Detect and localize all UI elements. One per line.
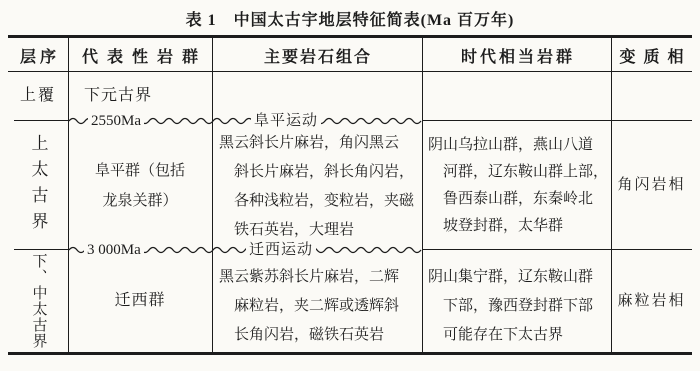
cell-sequence-upper: 上太古界 <box>8 121 68 250</box>
cell-group-upper: 阜平群（包括 龙泉关群） <box>68 121 212 250</box>
scanned-table-page: 表 1 中国太古宇地层特征简表(Ma 百万年) 2550Ma 阜平运动 3 00… <box>0 0 700 371</box>
table-caption: 表 1 中国太古宇地层特征简表(Ma 百万年) <box>0 7 700 30</box>
header-metamorphic-facies: 变质相 <box>611 39 692 71</box>
header-representative-group: 代表性岩群 <box>68 39 212 71</box>
sequence-upper-vertical-text: 上太古界 <box>30 134 47 238</box>
header-equivalent-groups: 时代相当岩群 <box>422 39 611 71</box>
sequence-lower-vertical-text: 下、中太古界 <box>31 253 46 349</box>
header-rock-assemblage: 主要岩石组合 <box>212 39 422 71</box>
cell-equivalent-lower: 阴山集宁群，辽东鞍山群 下部，豫西登封群下部 可能存在下太古界 <box>422 250 611 352</box>
header-sequence: 层序 <box>8 39 68 71</box>
cell-sequence-overlying: 上覆 <box>8 72 68 120</box>
cell-rocks-lower: 黑云紫苏斜长片麻岩，二辉 麻粒岩，夹二辉或透辉斜 长角闪岩，磁铁石英岩 <box>212 250 422 352</box>
cell-equivalent-upper: 阴山乌拉山群，燕山八道 河群，辽东鞍山群上部， 鲁西泰山群，东秦岭北 坡登封群，… <box>422 121 611 250</box>
cell-facies-lower: 麻粒岩相 <box>611 250 692 352</box>
cell-rocks-upper: 黑云斜长片麻岩，角闪黑云 斜长片麻岩，斜长角闪岩， 各种浅粒岩，变粒岩，夹磁 铁… <box>212 121 422 250</box>
cell-group-overlying: 下元古界 <box>84 72 212 120</box>
cell-sequence-lower: 下、中太古界 <box>8 250 68 352</box>
cell-group-lower: 迁西群 <box>68 250 212 352</box>
cell-facies-upper: 角闪岩相 <box>611 121 692 250</box>
table-bottom-rule <box>8 352 692 355</box>
table-top-rule <box>8 35 692 38</box>
